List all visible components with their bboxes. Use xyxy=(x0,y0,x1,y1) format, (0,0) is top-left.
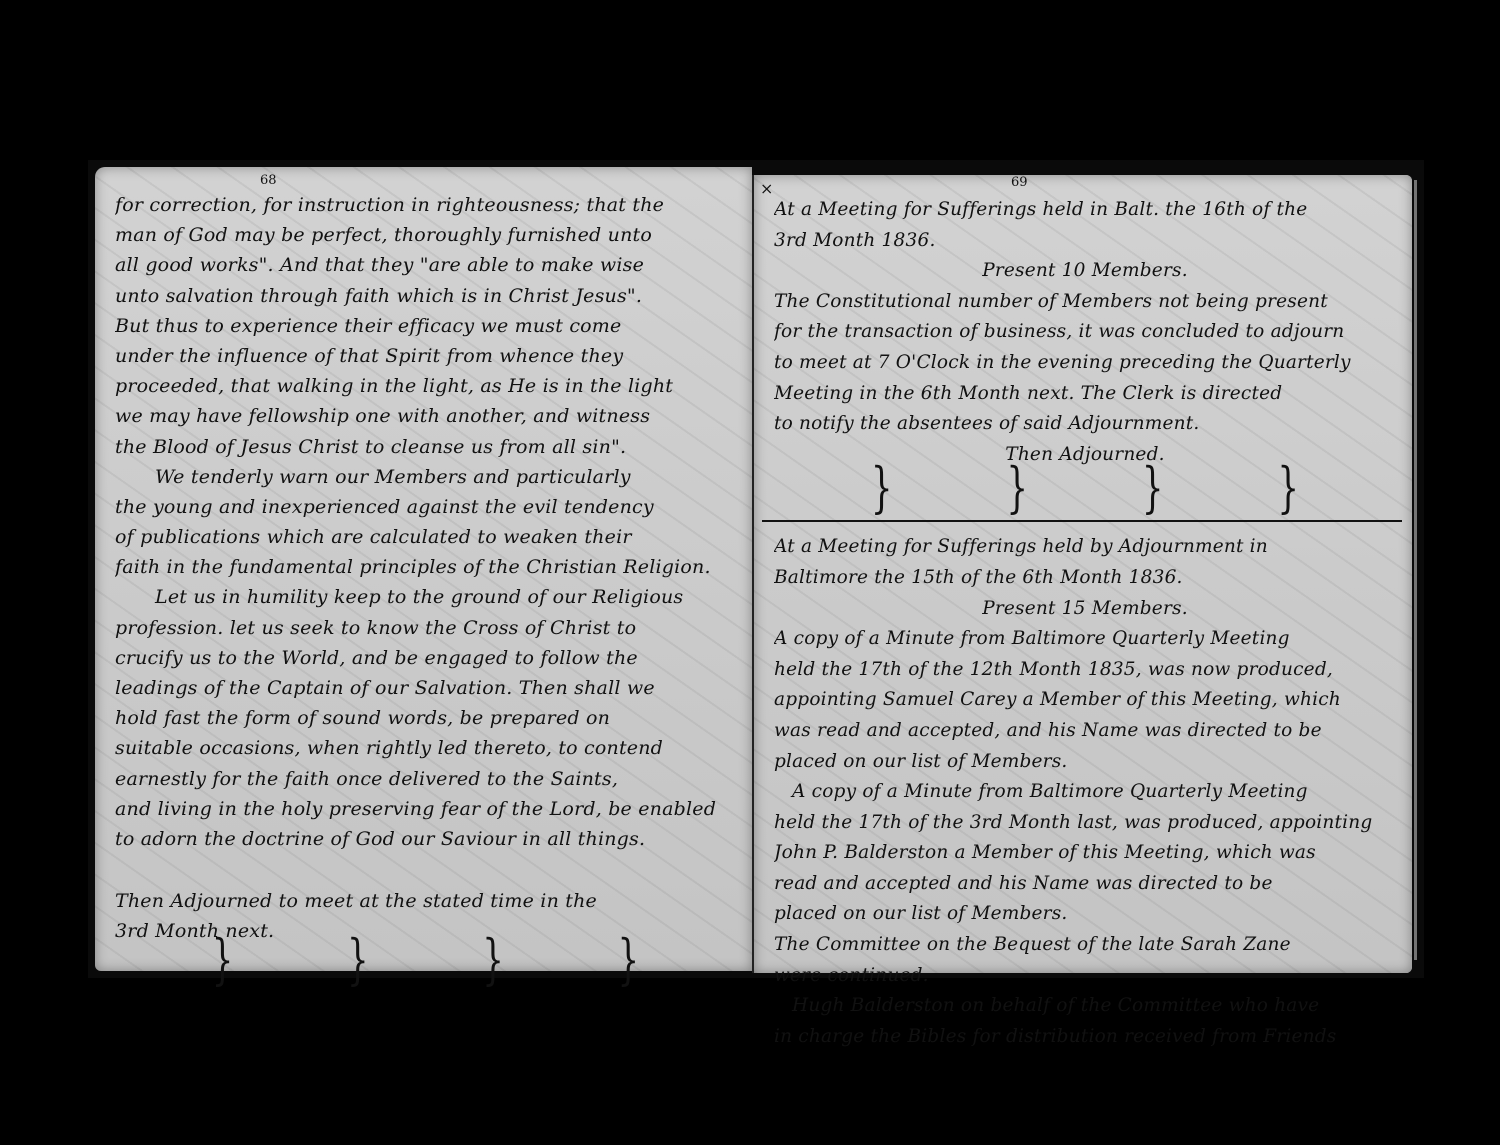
left-page: 68 for correction, for instruction in ri… xyxy=(95,167,752,971)
text-line: unto salvation through faith which is in… xyxy=(115,281,736,311)
margin-mark: × xyxy=(760,179,773,198)
text-line: and living in the holy preserving fear o… xyxy=(115,794,736,824)
adjournment-line: Then Adjourned. xyxy=(774,440,1396,471)
text-line: in charge the Bibles for distribution re… xyxy=(774,1022,1396,1053)
text-line: faith in the fundamental principles of t… xyxy=(115,552,736,582)
entry-heading: 3rd Month 1836. xyxy=(774,226,1396,257)
text-line: profession. let us seek to know the Cros… xyxy=(115,613,736,643)
text-line: to adorn the doctrine of God our Saviour… xyxy=(115,824,736,854)
text-line: Let us in humility keep to the ground of… xyxy=(115,582,736,612)
text-line: the Blood of Jesus Christ to cleanse us … xyxy=(115,432,736,462)
left-page-text: for correction, for instruction in right… xyxy=(115,190,736,1019)
bracket-mark: } xyxy=(871,457,893,531)
bracket-mark: } xyxy=(212,925,234,1040)
text-line: the young and inexperienced against the … xyxy=(115,492,736,522)
text-line: for correction, for instruction in right… xyxy=(115,190,736,220)
text-line: We tenderly warn our Members and particu… xyxy=(115,462,736,492)
text-line: hold fast the form of sound words, be pr… xyxy=(115,703,736,733)
bracket-mark: } xyxy=(1006,457,1028,531)
entry-divider xyxy=(762,520,1402,522)
text-line: A copy of a Minute from Baltimore Quarte… xyxy=(774,624,1396,655)
page-number-left: 68 xyxy=(260,173,277,188)
text-line: suitable occasions, when rightly led the… xyxy=(115,733,736,763)
text-line: man of God may be perfect, thoroughly fu… xyxy=(115,220,736,250)
text-line: to meet at 7 O'Clock in the evening prec… xyxy=(774,348,1396,379)
text-line: to notify the absentees of said Adjournm… xyxy=(774,409,1396,440)
text-line: A copy of a Minute from Baltimore Quarte… xyxy=(774,777,1396,808)
adjournment-line: Then Adjourned to meet at the stated tim… xyxy=(115,886,736,916)
text-line: appointing Samuel Carey a Member of this… xyxy=(774,685,1396,716)
text-line: under the influence of that Spirit from … xyxy=(115,341,736,371)
text-line: placed on our list of Members. xyxy=(774,747,1396,778)
present-count: Present 15 Members. xyxy=(774,594,1396,625)
text-line: leadings of the Captain of our Salvation… xyxy=(115,673,736,703)
entry-heading: Baltimore the 15th of the 6th Month 1836… xyxy=(774,563,1396,594)
text-line: Meeting in the 6th Month next. The Clerk… xyxy=(774,379,1396,410)
bracket-mark: } xyxy=(1142,457,1164,531)
text-line: earnestly for the faith once delivered t… xyxy=(115,764,736,794)
text-line: placed on our list of Members. xyxy=(774,899,1396,930)
text-line: Hugh Balderston on behalf of the Committ… xyxy=(774,991,1396,1022)
text-line: we may have fellowship one with another,… xyxy=(115,401,736,431)
right-page-text: At a Meeting for Sufferings held in Balt… xyxy=(774,195,1396,1052)
text-line: But thus to experience their efficacy we… xyxy=(115,311,736,341)
signature-brackets: } } } } xyxy=(115,947,736,1019)
open-book: 68 for correction, for instruction in ri… xyxy=(88,160,1424,978)
entry-heading: At a Meeting for Sufferings held in Balt… xyxy=(774,195,1396,226)
bracket-mark: } xyxy=(482,925,504,1040)
right-page: × 69 At a Meeting for Sufferings held in… xyxy=(752,175,1412,973)
text-line: of publications which are calculated to … xyxy=(115,522,736,552)
bracket-mark: } xyxy=(1277,457,1299,531)
text-line: held the 17th of the 12th Month 1835, wa… xyxy=(774,655,1396,686)
text-line: proceeded, that walking in the light, as… xyxy=(115,371,736,401)
text-line: held the 17th of the 3rd Month last, was… xyxy=(774,808,1396,839)
text-line: The Committee on the Bequest of the late… xyxy=(774,930,1396,961)
text-line: The Constitutional number of Members not… xyxy=(774,287,1396,318)
page-edge xyxy=(1414,180,1417,960)
present-count: Present 10 Members. xyxy=(774,256,1396,287)
signature-brackets: } } } } xyxy=(774,470,1396,516)
text-line: crucify us to the World, and be engaged … xyxy=(115,643,736,673)
text-line: for the transaction of business, it was … xyxy=(774,317,1396,348)
adjournment-line: 3rd Month next. xyxy=(115,916,736,946)
text-line: John P. Balderston a Member of this Meet… xyxy=(774,838,1396,869)
text-line: read and accepted and his Name was direc… xyxy=(774,869,1396,900)
bracket-mark: } xyxy=(347,925,369,1040)
entry-heading: At a Meeting for Sufferings held by Adjo… xyxy=(774,532,1396,563)
text-line: were continued. xyxy=(774,961,1396,992)
bracket-mark: } xyxy=(618,925,640,1040)
text-line: all good works". And that they "are able… xyxy=(115,250,736,280)
page-number-right: 69 xyxy=(1011,175,1028,190)
text-line: was read and accepted, and his Name was … xyxy=(774,716,1396,747)
